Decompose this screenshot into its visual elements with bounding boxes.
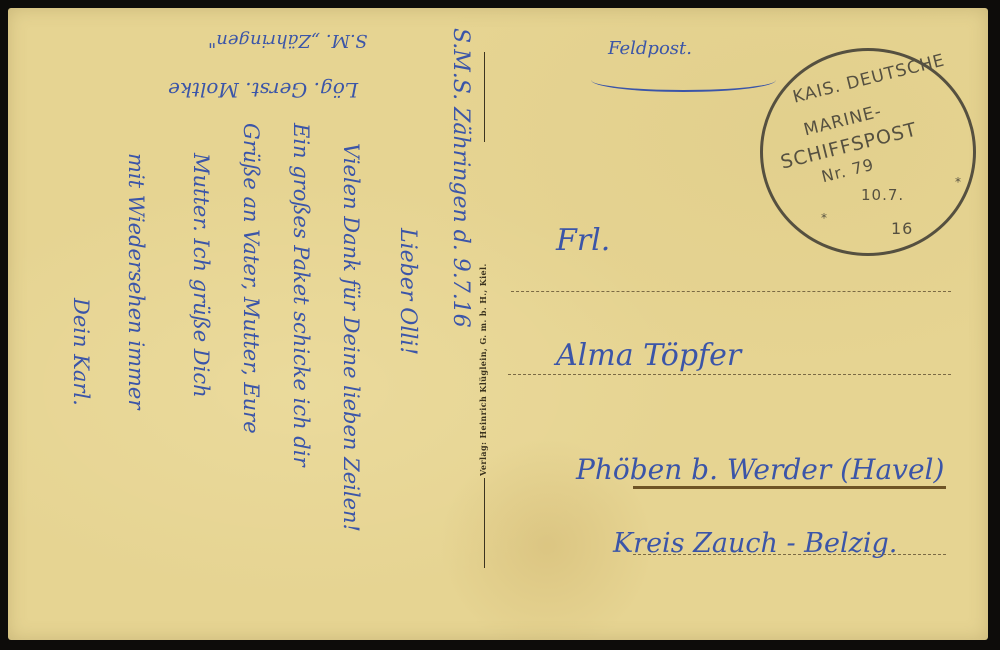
divider-top	[484, 52, 485, 142]
feldpost-underline	[591, 68, 776, 92]
address-line-4-rule	[633, 554, 946, 555]
address-line-2-rule	[508, 374, 951, 375]
postmark-arc-text: KAIS. DEUTSCHE	[791, 50, 947, 107]
salutation: Lieber Olli!	[395, 228, 420, 355]
message-line-4: Mutter. Ich grüße Dich	[189, 153, 213, 398]
feldpost-label: Feldpost.	[608, 38, 692, 59]
message-line-1: Vielen Dank für Deine lieben Zeilen!	[339, 143, 363, 532]
message-line-3: Grüße an Vater, Mutter, Eure	[239, 123, 263, 434]
message-signoff: Dein Karl.	[69, 298, 93, 406]
header-unit: Lög. Gerst. Moltke	[168, 78, 358, 102]
message-line-5: mit Wiedersehen immer	[124, 153, 148, 409]
address-name: Alma Töpfer	[556, 338, 741, 373]
postmark: KAIS. DEUTSCHE MARINE- SCHIFFSPOST Nr. 7…	[760, 48, 976, 256]
message-line-2: Ein großes Paket schicke ich dir	[289, 123, 313, 467]
postcard: S.M. „Zähringen" Lög. Gerst. Moltke S.M.…	[8, 8, 988, 640]
place-date: S.M.S. Zähringen d. 9.7.16	[448, 28, 473, 328]
address-prefix: Frl.	[556, 223, 610, 258]
divider-bottom	[484, 478, 485, 568]
publisher-imprint: Verlag: Heinrich Klüglein, G. m. b. H., …	[478, 263, 488, 476]
address-town: Phöben b. Werder (Havel)	[576, 453, 944, 486]
postmark-star-left: *	[821, 211, 828, 225]
postmark-year: 16	[891, 219, 913, 238]
header-ship-name: S.M. „Zähringen"	[208, 30, 367, 51]
postmark-star-right: *	[955, 175, 962, 189]
address-line-1-rule	[511, 291, 951, 292]
address-line-3-rule	[633, 486, 946, 489]
postmark-date: 10.7.	[861, 186, 904, 204]
